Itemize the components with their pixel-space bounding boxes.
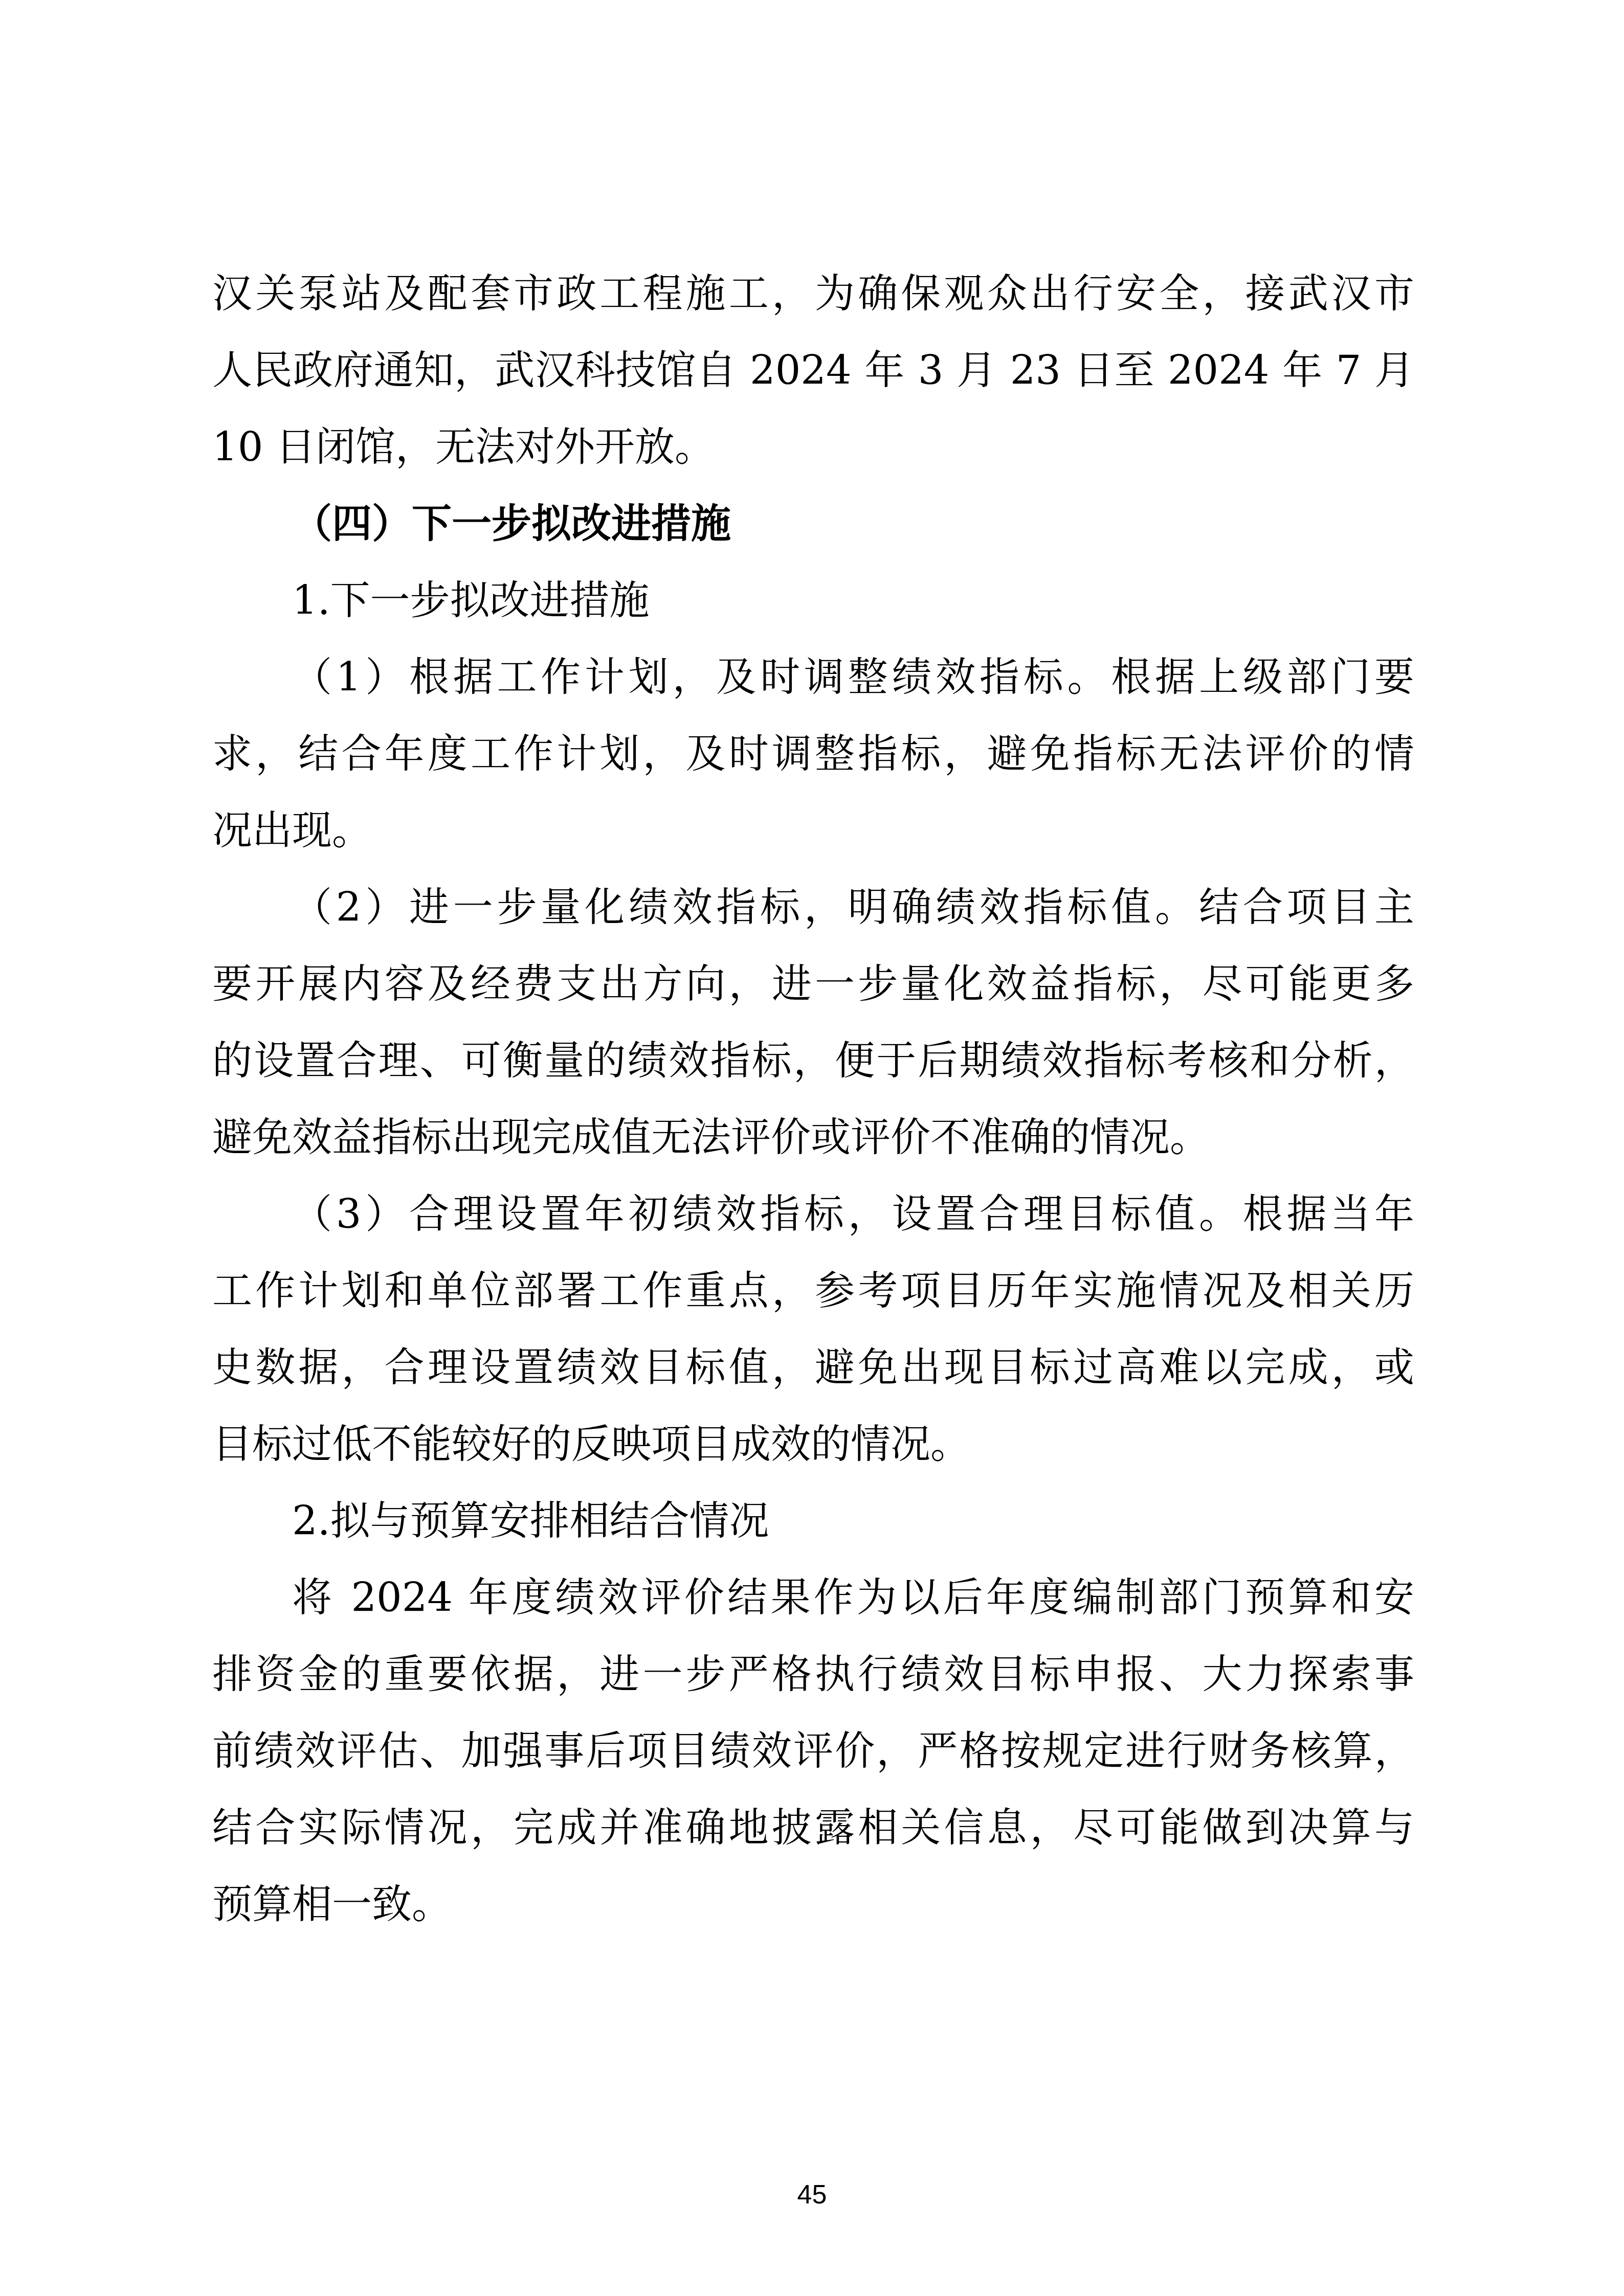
paragraph-line: （2）进一步量化绩效指标，明确绩效指标值。结合项目主 xyxy=(292,869,1414,946)
paragraph-line: 预算相一致。 xyxy=(212,1866,1414,1943)
paragraph-line: （3）合理设置年初绩效指标，设置合理目标值。根据当年 xyxy=(292,1176,1414,1253)
paragraph-line: 目标过低不能较好的反映项目成效的情况。 xyxy=(212,1406,1414,1483)
paragraph-line: 结合实际情况，完成并准确地披露相关信息，尽可能做到决算与 xyxy=(212,1790,1414,1866)
paragraph-line: （1）根据工作计划，及时调整绩效指标。根据上级部门要 xyxy=(292,639,1414,716)
paragraph-line: 前绩效评估、加强事后项目绩效评价，严格按规定进行财务核算， xyxy=(212,1713,1414,1790)
paragraph-line: 将 2024 年度绩效评价结果作为以后年度编制部门预算和安 xyxy=(292,1560,1414,1636)
paragraph-line: 求，结合年度工作计划，及时调整指标，避免指标无法评价的情 xyxy=(212,716,1414,793)
paragraph-line: 避免效益指标出现完成值无法评价或评价不准确的情况。 xyxy=(212,1099,1414,1176)
paragraph-line: 要开展内容及经费支出方向，进一步量化效益指标，尽可能更多 xyxy=(212,946,1414,1023)
paragraph-line: 汉关泵站及配套市政工程施工，为确保观众出行安全，接武汉市 xyxy=(212,256,1414,332)
paragraph-line: 史数据，合理设置绩效目标值，避免出现目标过高难以完成，或 xyxy=(212,1330,1414,1406)
subsection-heading: 1.下一步拟改进措施 xyxy=(292,562,1414,639)
paragraph-line: 排资金的重要依据，进一步严格执行绩效目标申报、大力探索事 xyxy=(212,1636,1414,1713)
page-number: 45 xyxy=(0,2179,1624,2210)
paragraph-line: 工作计划和单位部署工作重点，参考项目历年实施情况及相关历 xyxy=(212,1253,1414,1330)
paragraph-line: 况出现。 xyxy=(212,793,1414,869)
section-heading: （四）下一步拟改进措施 xyxy=(292,486,1414,562)
paragraph-line: 人民政府通知，武汉科技馆自 2024 年 3 月 23 日至 2024 年 7 … xyxy=(212,332,1414,409)
paragraph-line: 10 日闭馆，无法对外开放。 xyxy=(212,409,1414,486)
paragraph-line: 的设置合理、可衡量的绩效指标，便于后期绩效指标考核和分析， xyxy=(212,1023,1414,1099)
subsection-heading: 2.拟与预算安排相结合情况 xyxy=(292,1483,1414,1560)
